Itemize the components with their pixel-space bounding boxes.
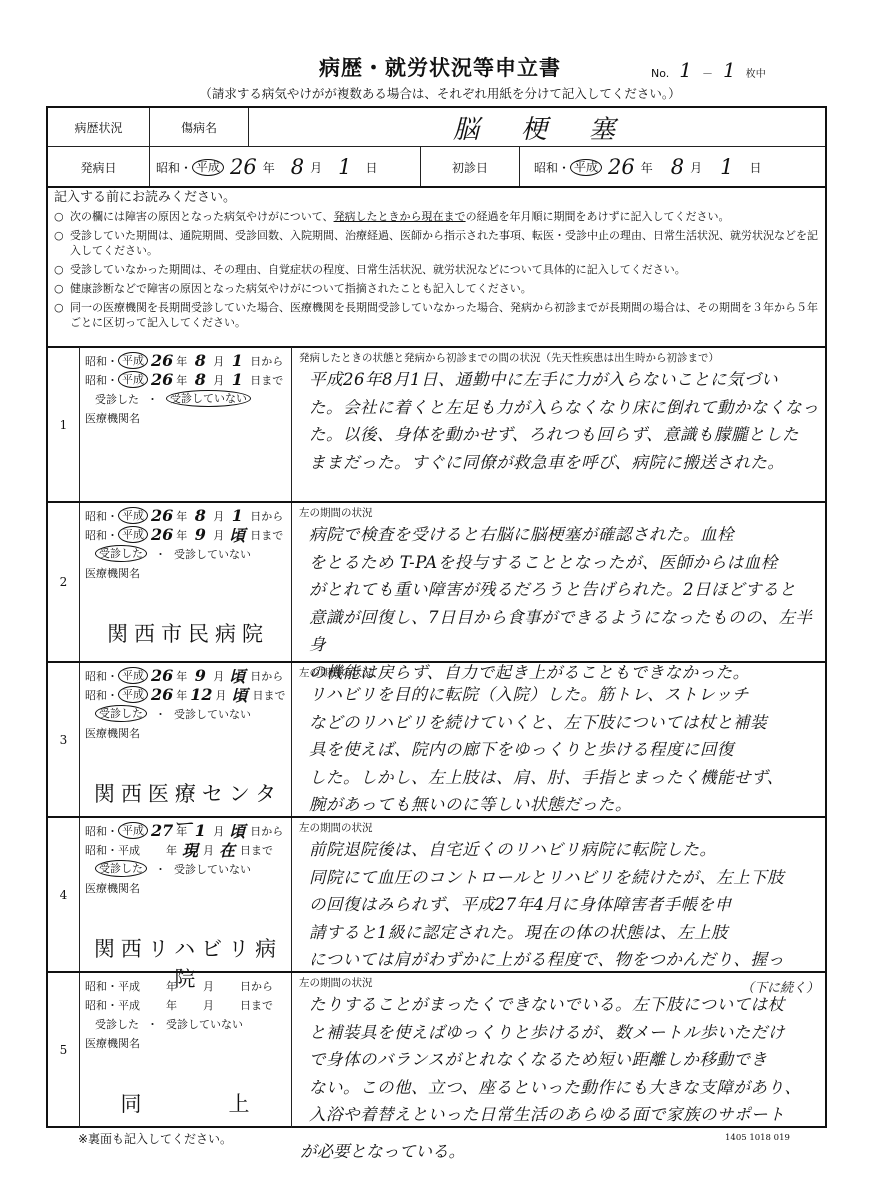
status-line: などのリハビリを続けていくと、左下肢については杖と補装 — [309, 709, 819, 737]
visited-option[interactable]: 受診した — [95, 391, 139, 407]
period-from[interactable]: 昭和・ 平成 26 年 8 月 1 日から — [85, 506, 291, 525]
period-suffix: 日まで — [250, 527, 283, 543]
status-text-field[interactable]: 平成26年8月1日、通勤中に左手に力が入らないことに気づいた。会社に着くと左足も… — [309, 366, 819, 476]
onset-label: 発病日 — [48, 147, 149, 187]
circle-bullet-icon: ○ — [54, 262, 70, 277]
era-showa: 昭和・ — [85, 372, 118, 388]
status-line: で身体のバランスがとれなくなるため短い距離しか移動でき — [309, 1046, 819, 1074]
era-showa: 昭和・ — [85, 508, 118, 524]
onset-day: 1 — [338, 155, 351, 179]
day-unit: 日 — [750, 159, 762, 176]
period-day: 1 — [227, 351, 247, 370]
first-visit-year: 26 — [608, 155, 635, 179]
period-suffix: 日から — [250, 353, 283, 369]
period-suffix: 日から — [240, 978, 273, 994]
circle-bullet-icon: ○ — [54, 209, 70, 224]
entry-number: 2 — [48, 502, 79, 662]
instruction-item: ○ 次の欄には障害の原因となった病気やけがについて、発病したときから現在までの経… — [54, 209, 819, 224]
period-from[interactable]: 昭和・ 平成 26 年 8 月 1 日から — [85, 351, 291, 370]
divider — [48, 501, 825, 503]
instruction-emphasis: 発病したときから現在まで — [334, 210, 466, 223]
period-month: 9 — [190, 666, 210, 685]
era-showa: 昭和・ — [85, 353, 118, 369]
disease-name-field[interactable]: 脳 梗 塞 — [249, 108, 827, 147]
divider — [79, 347, 80, 1128]
status-label: 左の期間の状況 （下に続く） — [299, 975, 819, 991]
era-heisei: 平成 — [118, 997, 140, 1013]
visited-option[interactable]: 受診した — [95, 705, 147, 722]
form-table: 病歴状況 傷病名 脳 梗 塞 発病日 昭和・ 平成 26 年 8 月 1 日 初… — [46, 106, 827, 1128]
institution-label: 医療機関名 — [85, 723, 291, 742]
period-year: 26 — [151, 666, 173, 685]
status-text-field[interactable]: 前院退院後は、自宅近くのリハビリ病院に転院した。同院にて血圧のコントロールとリハ… — [309, 836, 819, 974]
first-visit-day: 1 — [720, 155, 733, 179]
era-heisei: 平成 — [118, 371, 148, 388]
page-no-label: No. — [651, 67, 669, 80]
month-unit: 月 — [213, 372, 224, 388]
period-day: 在 — [217, 838, 237, 861]
period-to[interactable]: 昭和・ 平成 26 年 12 月 頃 日まで — [85, 685, 291, 704]
month-unit: 月 — [690, 159, 702, 176]
entry-number: 4 — [48, 817, 79, 972]
era-showa: 昭和・ — [85, 687, 118, 703]
period-day: 頃 — [227, 523, 247, 546]
entry-number: 5 — [48, 972, 79, 1128]
status-line: 入浴や着替えといった日常生活のあらゆる面で家族のサポート — [309, 1101, 819, 1129]
status-line: ままだった。すぐに同僚が救急車を呼び、病院に搬送された。 — [309, 449, 819, 477]
era-heisei: 平成 — [118, 822, 148, 839]
era-heisei: 平成 — [118, 507, 148, 524]
entry-period: 昭和・ 平成 26 年 9 月 頃 日から 昭和・ 平成 26 年 12 月 頃… — [85, 666, 291, 838]
continued-note: （下に続く） — [741, 977, 819, 991]
year-unit: 年 — [166, 997, 177, 1013]
separator: ・ — [155, 706, 166, 722]
era-showa: 昭和・ — [85, 527, 118, 543]
month-unit: 月 — [213, 353, 224, 369]
status-line: については肩がわずかに上がる程度で、物をつかんだり、握っ — [309, 946, 819, 974]
divider — [291, 347, 292, 1128]
instruction-item: ○ 受診していなかった期間は、その理由、自覚症状の程度、日常生活状況、就労状況な… — [54, 262, 819, 277]
visit-status: 受診した ・ 受診していない — [85, 389, 291, 408]
footer-note: ※裏面も記入してください。 — [78, 1130, 232, 1147]
institution-label: 医療機関名 — [85, 1033, 291, 1052]
status-text-field[interactable]: たりすることがまったくできないでいる。左下肢については杖と補装具を使えばゆっくり… — [309, 991, 819, 1129]
first-visit-month: 8 — [671, 155, 684, 179]
month-unit: 月 — [213, 668, 224, 684]
era-showa: 昭和・ — [85, 978, 118, 994]
status-line: 意識が回復し、7日目から食事ができるようになったものの、左半身 — [309, 604, 819, 659]
circle-bullet-icon: ○ — [54, 281, 70, 296]
period-suffix: 日まで — [253, 687, 286, 703]
history-label: 病歴状況 — [48, 108, 149, 147]
era-showa: 昭和・ — [534, 159, 570, 176]
year-unit: 年 — [176, 508, 187, 524]
status-line: 病院で検査を受けると右脳に脳梗塞が確認された。血栓 — [309, 521, 819, 549]
entry-status: 発病したときの状態と発病から初診までの間の状況（先天性疾患は出生時から初診まで）… — [299, 350, 819, 499]
period-year: 26 — [151, 525, 173, 544]
entry-status: 左の期間の状況 病院で検査を受けると右脳に脳梗塞が確認された。血栓をとるため T… — [299, 505, 819, 659]
period-month: 現 — [180, 838, 200, 861]
not-visited-option[interactable]: 受診していない — [166, 1016, 243, 1032]
period-suffix: 日から — [250, 823, 283, 839]
page-dash: － — [702, 65, 713, 81]
era-heisei: 平成 — [118, 667, 148, 684]
era-heisei: 平成 — [118, 686, 148, 703]
instruction-item: ○ 同一の医療機関を長期間受診していた場合、医療機関を長期間受診していなかった場… — [54, 300, 819, 330]
era-showa: 昭和・ — [85, 997, 118, 1013]
instructions-heading: 記入する前にお読みください。 — [54, 190, 819, 205]
period-to[interactable]: 昭和・ 平成 年 月 日まで — [85, 995, 291, 1014]
visit-status: 受診した ・ 受診していない — [85, 544, 291, 563]
status-label-text: 左の期間の状況 — [299, 820, 373, 836]
era-heisei: 平成 — [118, 352, 148, 369]
period-to[interactable]: 昭和・ 平成 26 年 9 月 頃 日まで — [85, 525, 291, 544]
status-text-field[interactable]: リハビリを目的に転院（入院）した。筋トレ、ストレッチなどのリハビリを続けていくと… — [309, 681, 819, 819]
page-suffix: 枚中 — [746, 65, 766, 80]
instruction-text: 同一の医療機関を長期間受診していた場合、医療機関を長期間受診していなかった場合、… — [70, 300, 819, 330]
period-suffix: 日から — [250, 668, 283, 684]
instruction-item: ○ 受診していた期間は、通院期間、受診回数、入院期間、治療経過、医師から指示され… — [54, 228, 819, 258]
onset-date-field[interactable]: 昭和・ 平成 26 年 8 月 1 日 — [150, 147, 426, 187]
era-heisei: 平成 — [118, 526, 148, 543]
entry-number: 3 — [48, 662, 79, 817]
form-subtitle: （請求する病気やけがが複数ある場合は、それぞれ用紙を分けて記入してください。） — [0, 84, 880, 102]
instruction-text: 次の欄には障害の原因となった病気やけがについて、 — [70, 210, 334, 223]
institution-name-field[interactable]: 同 上 — [85, 1088, 291, 1118]
onset-month: 8 — [291, 155, 304, 179]
status-line: 腕があっても無いのに等しい状態だった。 — [309, 791, 819, 819]
divider — [48, 346, 825, 348]
not-visited-option[interactable]: 受診していない — [174, 706, 251, 722]
status-line: た。以後、身体を動かせず、ろれつも回らず、意識も朦朧とした — [309, 421, 819, 449]
period-day: 1 — [227, 370, 247, 389]
first-visit-date-field[interactable]: 昭和・ 平成 26 年 8 月 1 日 — [520, 147, 839, 187]
status-label-text: 左の期間の状況 — [299, 505, 373, 521]
period-from[interactable]: 昭和・ 平成 26 年 9 月 頃 日から — [85, 666, 291, 685]
divider — [48, 816, 825, 818]
year-unit: 年 — [176, 353, 187, 369]
entry-status: 左の期間の状況 （下に続く） たりすることがまったくできないでいる。左下肢につい… — [299, 975, 819, 1125]
instruction-text: の経過を年月順に期間をあけずに記入してください。 — [466, 210, 730, 223]
visited-option[interactable]: 受診した — [95, 1016, 139, 1032]
month-unit: 月 — [203, 842, 214, 858]
period-from[interactable]: 昭和・ 平成 年 月 日から — [85, 976, 291, 995]
month-unit: 月 — [213, 823, 224, 839]
status-line: をとるため T-PAを投与することとなったが、医師からは血栓 — [309, 549, 819, 577]
period-to[interactable]: 昭和・ 平成 年 現 月 在 日まで — [85, 840, 291, 859]
period-year: 26 — [151, 685, 173, 704]
year-unit: 年 — [166, 842, 177, 858]
era-showa: 昭和・ — [85, 668, 118, 684]
visit-status: 受診した ・ 受診していない — [85, 704, 291, 723]
status-label-text: 発病したときの状態と発病から初診までの間の状況（先天性疾患は出生時から初診まで） — [299, 350, 719, 366]
status-line: 平成26年8月1日、通勤中に左手に力が入らないことに気づい — [309, 366, 819, 394]
first-visit-label: 初診日 — [421, 147, 519, 187]
instruction-text: 受診していなかった期間は、その理由、自覚症状の程度、日常生活状況、就労状況などに… — [70, 262, 686, 277]
period-suffix: 日まで — [240, 842, 273, 858]
era-heisei: 平成 — [118, 978, 140, 994]
visit-status: 受診した ・ 受診していない — [85, 859, 291, 878]
page-number: No. 1 － 1 枚中 — [651, 58, 766, 82]
year-unit: 年 — [641, 159, 653, 176]
not-visited-option[interactable]: 受診していない — [174, 861, 251, 877]
period-month: 8 — [190, 351, 210, 370]
year-unit: 年 — [176, 687, 187, 703]
instructions: 記入する前にお読みください。 ○ 次の欄には障害の原因となった病気やけがについて… — [54, 190, 819, 334]
institution-label: 医療機関名 — [85, 878, 291, 897]
month-unit: 月 — [213, 508, 224, 524]
status-line: た。会社に着くと左足も力が入らなくなり床に倒れて動かなくなっ — [309, 394, 819, 422]
year-unit: 年 — [263, 159, 275, 176]
separator: ・ — [155, 861, 166, 877]
era-heisei-circled: 平成 — [570, 159, 602, 176]
not-visited-option[interactable]: 受診していない — [166, 390, 251, 407]
month-unit: 月 — [203, 978, 214, 994]
period-year: 27 — [151, 821, 173, 840]
status-label: 左の期間の状況 — [299, 820, 819, 836]
month-unit: 月 — [310, 159, 322, 176]
period-month: 8 — [190, 370, 210, 389]
status-label-text: 左の期間の状況 — [299, 975, 373, 991]
institution-label: 医療機関名 — [85, 408, 291, 427]
instruction-text: 健康診断などで障害の原因となった病気やけがについて指摘されたことも記入してくださ… — [70, 281, 532, 296]
status-line: ない。この他、立つ、座るといった動作にも大きな支障があり、 — [309, 1074, 819, 1102]
status-line: 具を使えば、院内の廊下をゆっくりと歩ける程度に回復 — [309, 736, 819, 764]
era-showa: 昭和・ — [85, 842, 118, 858]
period-month: 12 — [190, 685, 212, 704]
institution-name-field[interactable]: 関西市民病院 — [85, 618, 291, 648]
form-code: 1405 1018 019 — [725, 1133, 790, 1143]
status-line: 同院にて血圧のコントロールとリハビリを続けたが、左上下肢 — [309, 864, 819, 892]
visited-option[interactable]: 受診した — [95, 860, 147, 877]
status-label: 発病したときの状態と発病から初診までの間の状況（先天性疾患は出生時から初診まで） — [299, 350, 819, 366]
page-current: 1 — [679, 58, 692, 82]
year-unit: 年 — [176, 668, 187, 684]
year-unit: 年 — [166, 978, 177, 994]
divider — [48, 971, 825, 973]
year-unit: 年 — [176, 527, 187, 543]
year-unit: 年 — [176, 823, 187, 839]
period-to[interactable]: 昭和・ 平成 26 年 8 月 1 日まで — [85, 370, 291, 389]
visit-status: 受診した ・ 受診していない — [85, 1014, 291, 1033]
institution-label: 医療機関名 — [85, 563, 291, 582]
divider — [48, 661, 825, 663]
circle-bullet-icon: ○ — [54, 300, 70, 330]
entry-status: 左の期間の状況 リハビリを目的に転院（入院）した。筋トレ、ストレッチなどのリハビ… — [299, 665, 819, 814]
entry-period: 昭和・ 平成 26 年 8 月 1 日から 昭和・ 平成 26 年 8 月 1 … — [85, 351, 291, 463]
entry-number: 1 — [48, 347, 79, 502]
instruction-item: ○ 健康診断などで障害の原因となった病気やけがについて指摘されたことも記入してく… — [54, 281, 819, 296]
status-label-text: 左の期間の状況 — [299, 665, 373, 681]
entry-period: 昭和・ 平成 26 年 8 月 1 日から 昭和・ 平成 26 年 9 月 頃 … — [85, 506, 291, 648]
status-label: 左の期間の状況 — [299, 505, 819, 521]
period-day: 頃 — [230, 683, 250, 706]
separator: ・ — [155, 546, 166, 562]
divider — [48, 186, 825, 188]
status-line: 請すると1級に認定された。現在の体の状態は、左上肢 — [309, 919, 819, 947]
period-suffix: 日まで — [240, 997, 273, 1013]
status-line: の回復はみられず、平成27年4月に身体障害者手帳を申 — [309, 891, 819, 919]
era-heisei-circled: 平成 — [192, 159, 224, 176]
continued-text: が必要となっている。 — [300, 1138, 465, 1162]
month-unit: 月 — [216, 687, 227, 703]
disease-label: 傷病名 — [150, 108, 248, 147]
instruction-text: 受診していた期間は、通院期間、受診回数、入院期間、治療経過、医師から指示された事… — [70, 228, 819, 258]
month-unit: 月 — [213, 527, 224, 543]
status-line: 前院退院後は、自宅近くのリハビリ病院に転院した。 — [309, 836, 819, 864]
entry-period: 昭和・ 平成 年 月 日から 昭和・ 平成 年 月 日まで — [85, 976, 291, 1118]
status-line: たりすることがまったくできないでいる。左下肢については杖 — [309, 991, 819, 1019]
status-line: リハビリを目的に転院（入院）した。筋トレ、ストレッチ — [309, 681, 819, 709]
status-line: と補装具を使えばゆっくりと歩けるが、数メートル歩いただけ — [309, 1019, 819, 1047]
circle-bullet-icon: ○ — [54, 228, 70, 258]
period-year: 26 — [151, 506, 173, 525]
period-year: 26 — [151, 370, 173, 389]
period-suffix: 日から — [250, 508, 283, 524]
status-line: した。しかし、左上肢は、肩、肘、手指とまったく機能せず、 — [309, 764, 819, 792]
status-label: 左の期間の状況 — [299, 665, 819, 681]
not-visited-option[interactable]: 受診していない — [174, 546, 251, 562]
separator: ・ — [147, 1016, 158, 1032]
entry-status: 左の期間の状況 前院退院後は、自宅近くのリハビリ病院に転院した。同院にて血圧のコ… — [299, 820, 819, 969]
era-showa: 昭和・ — [85, 823, 118, 839]
separator: ・ — [147, 391, 158, 407]
era-heisei: 平成 — [118, 842, 140, 858]
year-unit: 年 — [176, 372, 187, 388]
status-line: がとれても重い障害が残るだろうと告げられた。2日ほどすると — [309, 576, 819, 604]
visited-option[interactable]: 受診した — [95, 545, 147, 562]
period-year: 26 — [151, 351, 173, 370]
entry-period: 昭和・ 平成 27 年 1 月 頃 日から 昭和・ 平成 年 現 月 在 日まで — [85, 821, 291, 993]
day-unit: 日 — [366, 159, 378, 176]
month-unit: 月 — [203, 997, 214, 1013]
period-suffix: 日まで — [250, 372, 283, 388]
era-showa: 昭和・ — [156, 159, 192, 176]
onset-year: 26 — [230, 155, 257, 179]
period-month: 8 — [190, 506, 210, 525]
page-total: 1 — [723, 58, 736, 82]
period-month: 9 — [190, 525, 210, 544]
